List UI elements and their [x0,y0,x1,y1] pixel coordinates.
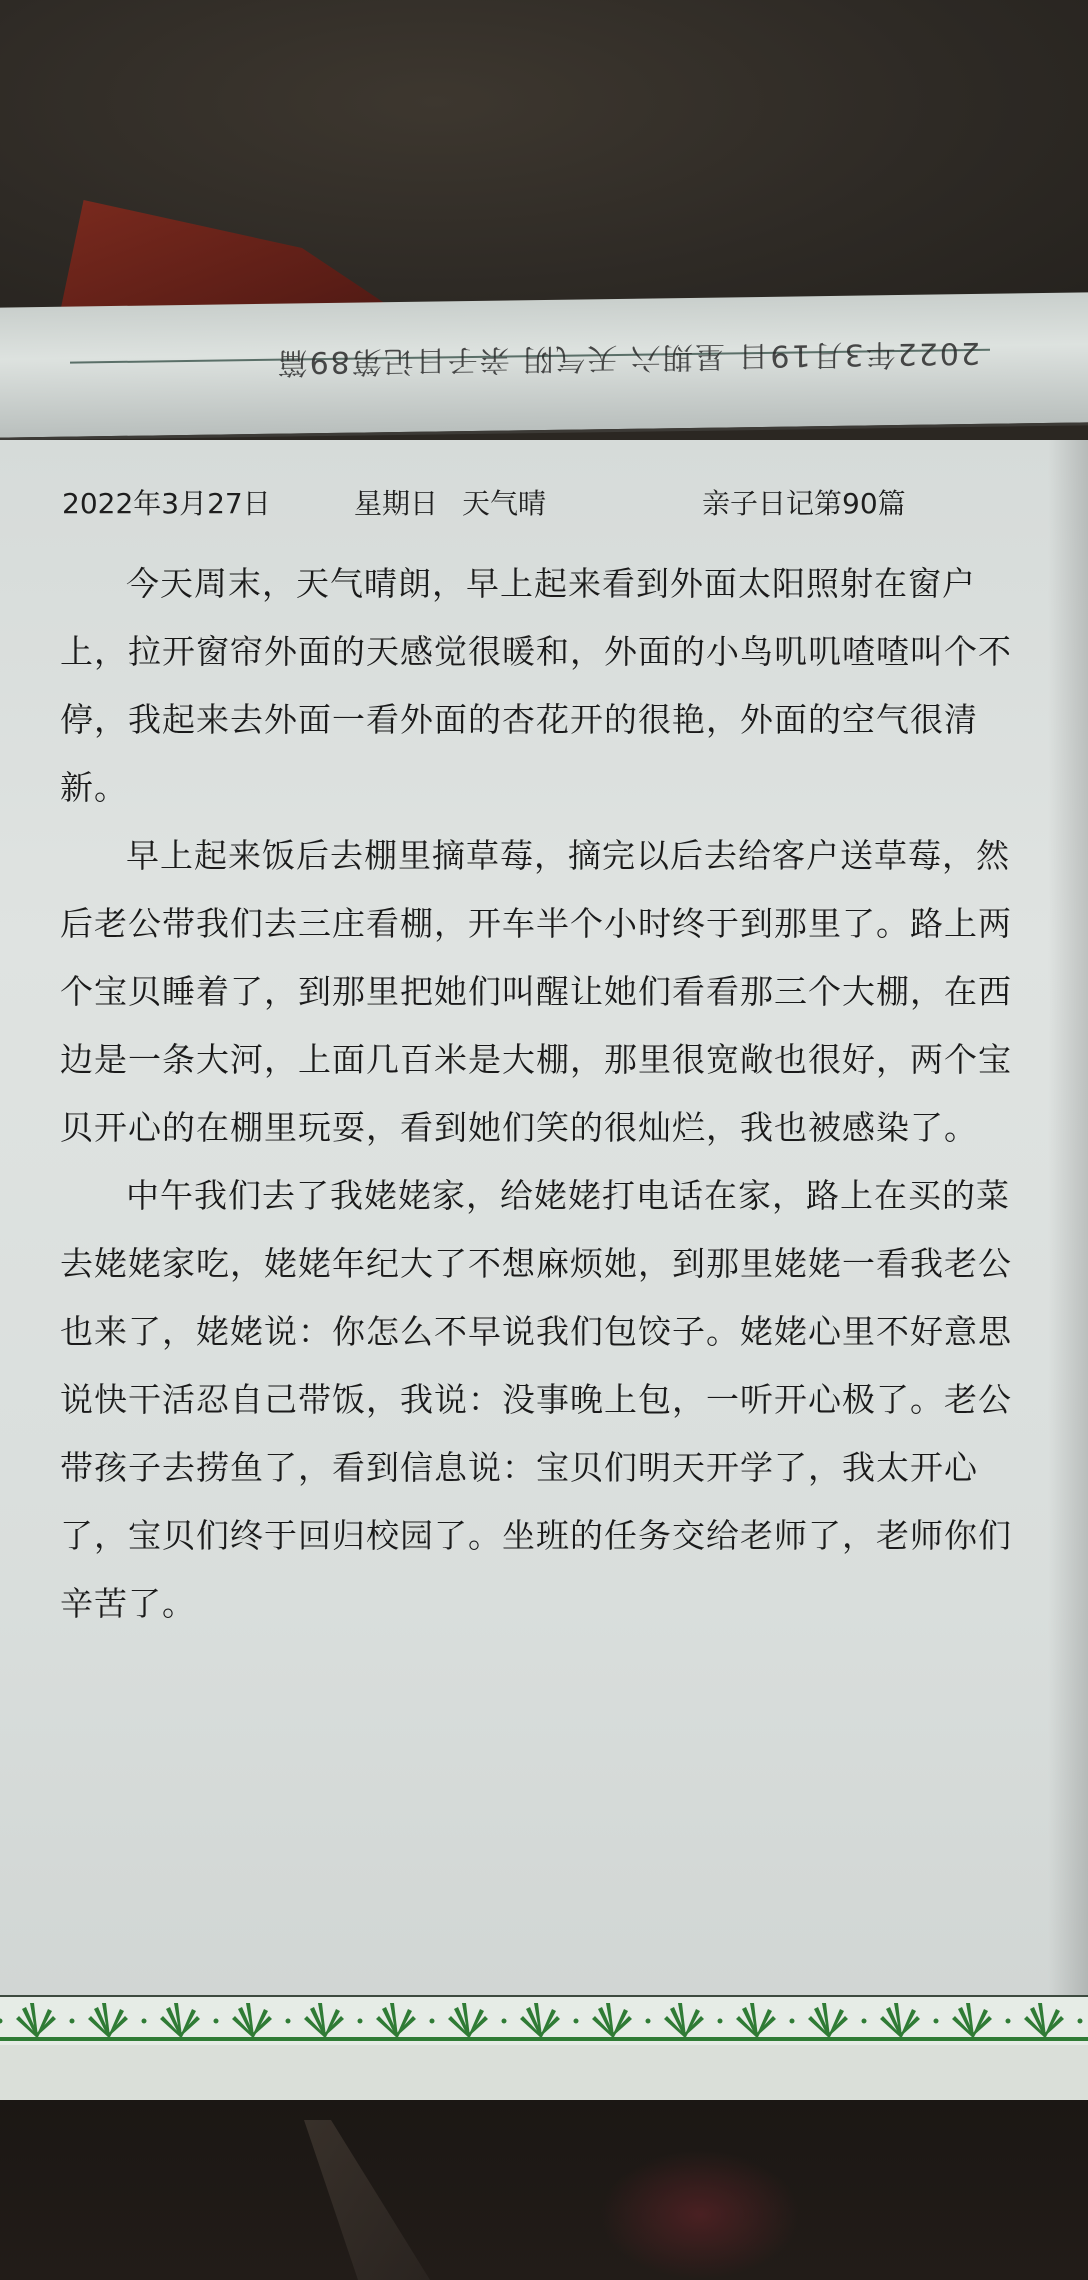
diary-body: 今天周末，天气晴朗，早上起来看到外面太阳照射在窗户上，拉开窗帘外面的天感觉很暖和… [60,550,1040,1638]
page-bottom-margin [0,2045,1088,2100]
diary-header: 2022年3月27日 星期日 天气晴 亲子日记第90篇 [62,482,1002,532]
grass-pattern-icon [0,1997,1088,2041]
page-edge-shadow [1048,440,1088,2100]
diary-weekday: 星期日 [354,482,438,522]
previous-page-header-upside-down: 2022年3月19日 星期六 天气阴 亲子日记第89篇 [120,334,980,390]
diary-date: 2022年3月27日 [62,482,271,522]
previous-page-folded: 2022年3月19日 星期六 天气阴 亲子日记第89篇 [0,292,1088,440]
fabric-red-patch [600,2150,800,2280]
diary-paragraph-2: 早上起来饭后去棚里摘草莓，摘完以后去给客户送草莓，然后老公带我们去三庄看棚，开车… [60,822,1040,1162]
diary-weather: 天气晴 [462,482,546,522]
diary-page: 2022年3月27日 星期日 天气晴 亲子日记第90篇 今天周末，天气晴朗，早上… [0,440,1088,2100]
decorative-grass-border [0,1995,1088,2049]
diary-entry-number: 亲子日记第90篇 [702,482,906,522]
dark-background-bottom [0,2100,1088,2280]
diary-paragraph-3: 中午我们去了我姥姥家，给姥姥打电话在家，路上在买的菜去姥姥家吃，姥姥年纪大了不想… [60,1162,1040,1638]
diary-paragraph-1: 今天周末，天气晴朗，早上起来看到外面太阳照射在窗户上，拉开窗帘外面的天感觉很暖和… [60,550,1040,822]
